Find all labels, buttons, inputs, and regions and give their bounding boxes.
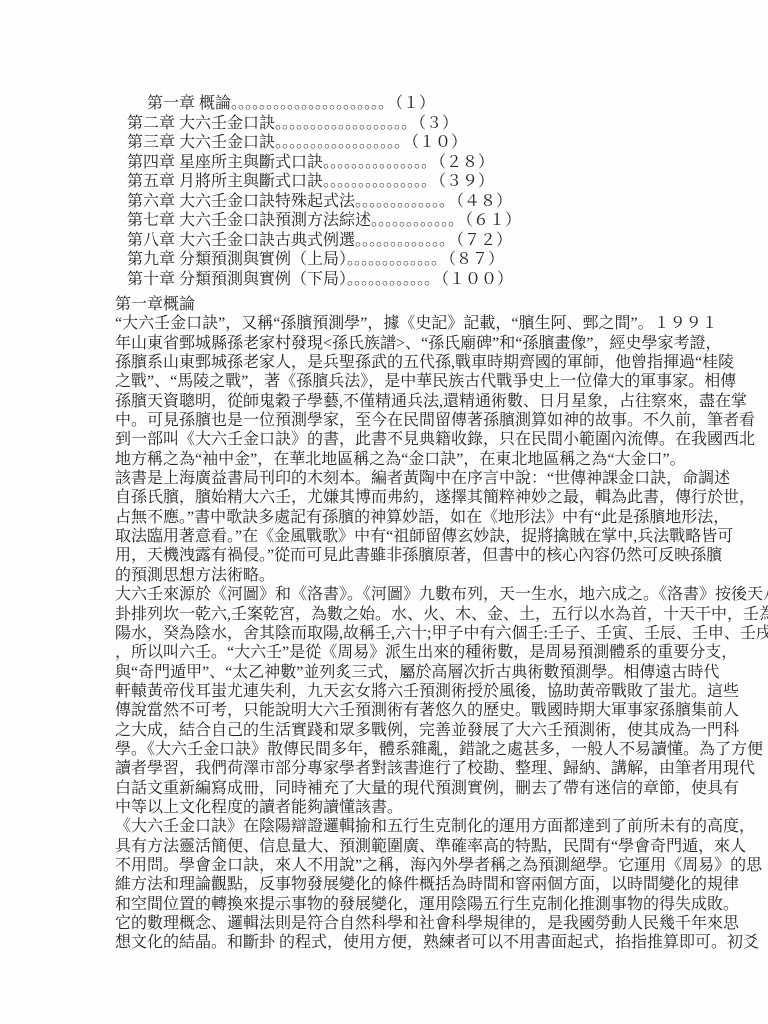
toc-entry-title: 第一章 概論	[147, 95, 231, 112]
toc-leader-dots: 。。。。。。。。。。。。。。。	[323, 173, 436, 190]
toc-leader-dots: 。。。。。。。。。。。。。。。	[323, 154, 436, 171]
toc-leader-dots: 。。。。。。。。。。。。	[371, 212, 463, 229]
toc-page-number: （２８）	[436, 154, 494, 171]
body-text-line: 傳說當然不可考，只能說明大六壬預測術有著悠久的歷史。戰國時期大軍事家孫臏集前人	[115, 701, 675, 720]
body-text-line: 與“奇門遁甲”、“太乙神數”並列炙三式，屬於高層次折古典術數預測學。相傳遠古時代	[115, 663, 675, 682]
toc-page-number: （３９）	[436, 173, 494, 190]
body-text-line: 年山東省鄄城縣孫老家村發現<孫氏族譜>、“孫氏廟碑”和“孫臏畫像”，經史學家考證…	[115, 334, 675, 353]
body-text-line: 用，天機洩露有禍侵。”從而可見此書雖非孫臏原著，但書中的核心內容仍然可反映孫臏	[115, 546, 675, 565]
toc-entry-title: 第五章 月將所主與斷式口訣	[127, 173, 323, 190]
body-text-line: 陽水，癸為陰水，舍其陰而取陽,故稱壬,六十;甲子中有六個壬:壬子、壬寅、壬辰、壬…	[115, 624, 675, 643]
toc-entry: 第五章 月將所主與斷式口訣。。。。。。。。。。。。。。。（３９）	[127, 172, 768, 192]
body-text-line: 不用問。學會金口訣，來人不用說”之稱，海內外學者稱之為預測絕學。它運用《周易》的…	[115, 856, 675, 875]
toc-page-number: （１０）	[409, 134, 467, 151]
toc-page-number: （４８）	[454, 193, 512, 210]
toc-leader-dots: 。。。。。。。。。。。。。。。。。。	[275, 134, 409, 151]
body-text-line: 學。《大六壬金口訣》散傳民間多年，體系雜亂，錯訛之處甚多，一般人不易讀懂。為了方…	[115, 740, 675, 759]
toc-entry-title: 第八章 大六壬金口訣古典式例選	[127, 232, 355, 249]
toc-entry: 第九章 分類預測與實例（上局）。。。。。。。。。。。。。（８７）	[127, 250, 768, 270]
body-text-line: 中等以上文化程度的讀者能夠讀懂該書。	[115, 798, 675, 817]
toc-entry-title: 第九章 分類預測與實例（上局）	[127, 251, 347, 268]
toc-entry: 第七章 大六壬金口訣預測方法綜述。。。。。。。。。。。。（６１）	[127, 211, 768, 231]
toc-leader-dots: 。。。。。。。。。。。。	[347, 271, 439, 288]
body-text-line: 維方法和理論觀點，反事物發展變化的條件概括為時間和窨兩個方面，以時間變化的規律	[115, 875, 675, 894]
toc-entry-title: 第三章 大六壬金口訣	[127, 134, 275, 151]
toc-entry-title: 第二章 大六壬金口訣	[127, 115, 275, 132]
toc-leader-dots: 。。。。。。。。。。。。。。。。。。。。。。	[231, 95, 393, 112]
body-text-line: 白話文重新編寫成冊，同時補充了大量的現代預測實例，刪去了帶有迷信的章節，使具有	[115, 779, 675, 798]
toc-entry: 第六章 大六壬金口訣特殊起式法。。。。。。。。。。。。。（４８）	[127, 192, 768, 212]
toc-entry: 第一章 概論。。。。。。。。。。。。。。。。。。。。。。（１）	[127, 94, 768, 114]
toc-entry-title: 第四章 星座所主與斷式口訣	[127, 154, 323, 171]
body-text-line: 它的數理概念、邏輯法則是符合自然科學和社會科學規律的，是我國勞動人民幾千年來思	[115, 914, 675, 933]
toc-leader-dots: 。。。。。。。。。。。。。	[347, 251, 446, 268]
body-text-line: 卦排列坎一乾六,壬案乾宮，為數之始。水、火、木、金、土，五行以水為首，十天干中，…	[115, 605, 675, 624]
table-of-contents: 第一章 概論。。。。。。。。。。。。。。。。。。。。。。（１） 第二章 大六壬金…	[0, 0, 768, 289]
body-text-line: “大六壬金口訣”，又稱“孫臏預測學”，據《史記》記載，“臏生阿、鄄之間”。１９９…	[115, 314, 675, 333]
toc-page-number: （８７）	[446, 251, 504, 268]
body-text-line: 想文化的結晶。和斷卦 的程式，使用方便，熟練者可以不用書面起式，掐指推算即可。初…	[115, 933, 675, 952]
body-text-line: 孫臏天資聰明，從師鬼穀子學藝,不僅精通兵法,還精通術數、日月星象，占往察來，盡在…	[115, 392, 675, 411]
body-text-line: 和空間位置的轉換來提示事物的發展變化，運用陰陽五行生克制化推測事物的得失成敗。	[115, 895, 675, 914]
toc-page-number: （６１）	[463, 212, 521, 229]
body-text-line: 之戰”、“馬陵之戰”，著《孫臏兵法》，是中華民族古代戰爭史上一位偉大的軍事家。相…	[115, 372, 675, 391]
chapter-heading: 第一章概論	[115, 295, 675, 314]
toc-page-number: （１）	[393, 95, 435, 112]
body-text-line: 的預測思想方法術略。	[115, 566, 675, 585]
body-text-line: 到一部叫《大六壬金口訣》的書，此書不見典籍收錄，只在民間小範圍內流傳。在我國西北	[115, 430, 675, 449]
toc-entry: 第八章 大六壬金口訣古典式例選。。。。。。。。。。。。。（７２）	[127, 231, 768, 251]
body-text-line: 中。可見孫臏也是一位預測學家，至今在民間留傳著孫臏測算如神的故事。不久前，筆者看	[115, 411, 675, 430]
body-text-line: 《大六壬金口訣》在陰陽辯證邏輯揄和五行生克制化的運用方面都達到了前所未有的高度，	[115, 817, 675, 836]
toc-entry-title: 第六章 大六壬金口訣特殊起式法	[127, 193, 355, 210]
toc-entry: 第四章 星座所主與斷式口訣。。。。。。。。。。。。。。。（２８）	[127, 153, 768, 173]
body-text-line: 軒轅黃帝伐耳蚩尤連失利，九天玄女將六壬預測術授於風後，協助黃帝戰敗了蚩尤。這些	[115, 682, 675, 701]
toc-page-number: （３）	[416, 115, 458, 132]
body-text-line: 之大成，結合自己的生活實踐和眾多戰例，完善並發展了大六壬預測術，使其成為一門科	[115, 721, 675, 740]
toc-leader-dots: 。。。。。。。。。。。。。	[355, 232, 454, 249]
body-text-line: 自孫氏臏，臏始精大六壬，尤嫌其博而弗約，遂擇其簡粹神妙之最，輯為此書，傳行於世，	[115, 488, 675, 507]
toc-entry-title: 第十章 分類預測與實例（下局）	[127, 271, 347, 288]
toc-entry: 第三章 大六壬金口訣。。。。。。。。。。。。。。。。。。（１０）	[127, 133, 768, 153]
document-page: 第一章 概論。。。。。。。。。。。。。。。。。。。。。。（１） 第二章 大六壬金…	[0, 0, 768, 1024]
toc-leader-dots: 。。。。。。。。。。。。。	[355, 193, 454, 210]
chapter-paragraph-lines: “大六壬金口訣”，又稱“孫臏預測學”，據《史記》記載，“臏生阿、鄄之間”。１９９…	[115, 314, 675, 952]
toc-page-number: （７２）	[454, 232, 512, 249]
toc-entry: 第二章 大六壬金口訣。。。。。。。。。。。。。。。。。。。（３）	[127, 114, 768, 134]
chapter-body: 第一章概論 “大六壬金口訣”，又稱“孫臏預測學”，據《史記》記載，“臏生阿、鄄之…	[115, 295, 675, 953]
toc-entry-title: 第七章 大六壬金口訣預測方法綜述	[127, 212, 371, 229]
body-text-line: 取法臨用著意看。”在《金風戰歌》中有“祖師留傳玄妙訣，捉將擒賊在掌中,兵法戰略皆…	[115, 527, 675, 546]
toc-entry: 第十章 分類預測與實例（下局）。。。。。。。。。。。。（１００）	[127, 270, 768, 290]
body-text-line: 該書是上海廣益書局刊印的木刻本。編者黃陶中在序言中說：“世傳神課金口訣，命調述	[115, 469, 675, 488]
body-text-line: 大六壬來源於《河圖》和《洛書》。《河圖》九數布列，天一生水，地六成之。《洛書》按…	[115, 585, 675, 604]
body-text-line: 讀者學習，我們荷澤市部分專家學者對該書進行了校勘、整理、歸納、講解，由筆者用現代	[115, 759, 675, 778]
body-text-line: ，所以叫六壬。“大六壬”是從《周易》派生出來的種術數，是周易預測體系的重要分支，	[115, 643, 675, 662]
toc-leader-dots: 。。。。。。。。。。。。。。。。。。。	[275, 115, 416, 132]
body-text-line: 地方稱之為“袖中金”，在華北地區稱之為“金口訣”，在東北地區稱之為“大金口”。	[115, 450, 675, 469]
body-text-line: 占無不應。”書中歌訣多處記有孫臏的神算妙語，如在《地形法》中有“此是孫臏地形法，	[115, 508, 675, 527]
body-text-line: 孫臏系山東鄄城孫老家人，是兵聖孫武的五代孫,戰車時期齊國的軍師，他曾指揮過“桂陵	[115, 353, 675, 372]
toc-page-number: （１００）	[439, 271, 513, 288]
body-text-line: 具有方法靈活簡便、信息量大、預測範圍廣、準確率高的特點，民間有“學會奇門遁，來人	[115, 837, 675, 856]
